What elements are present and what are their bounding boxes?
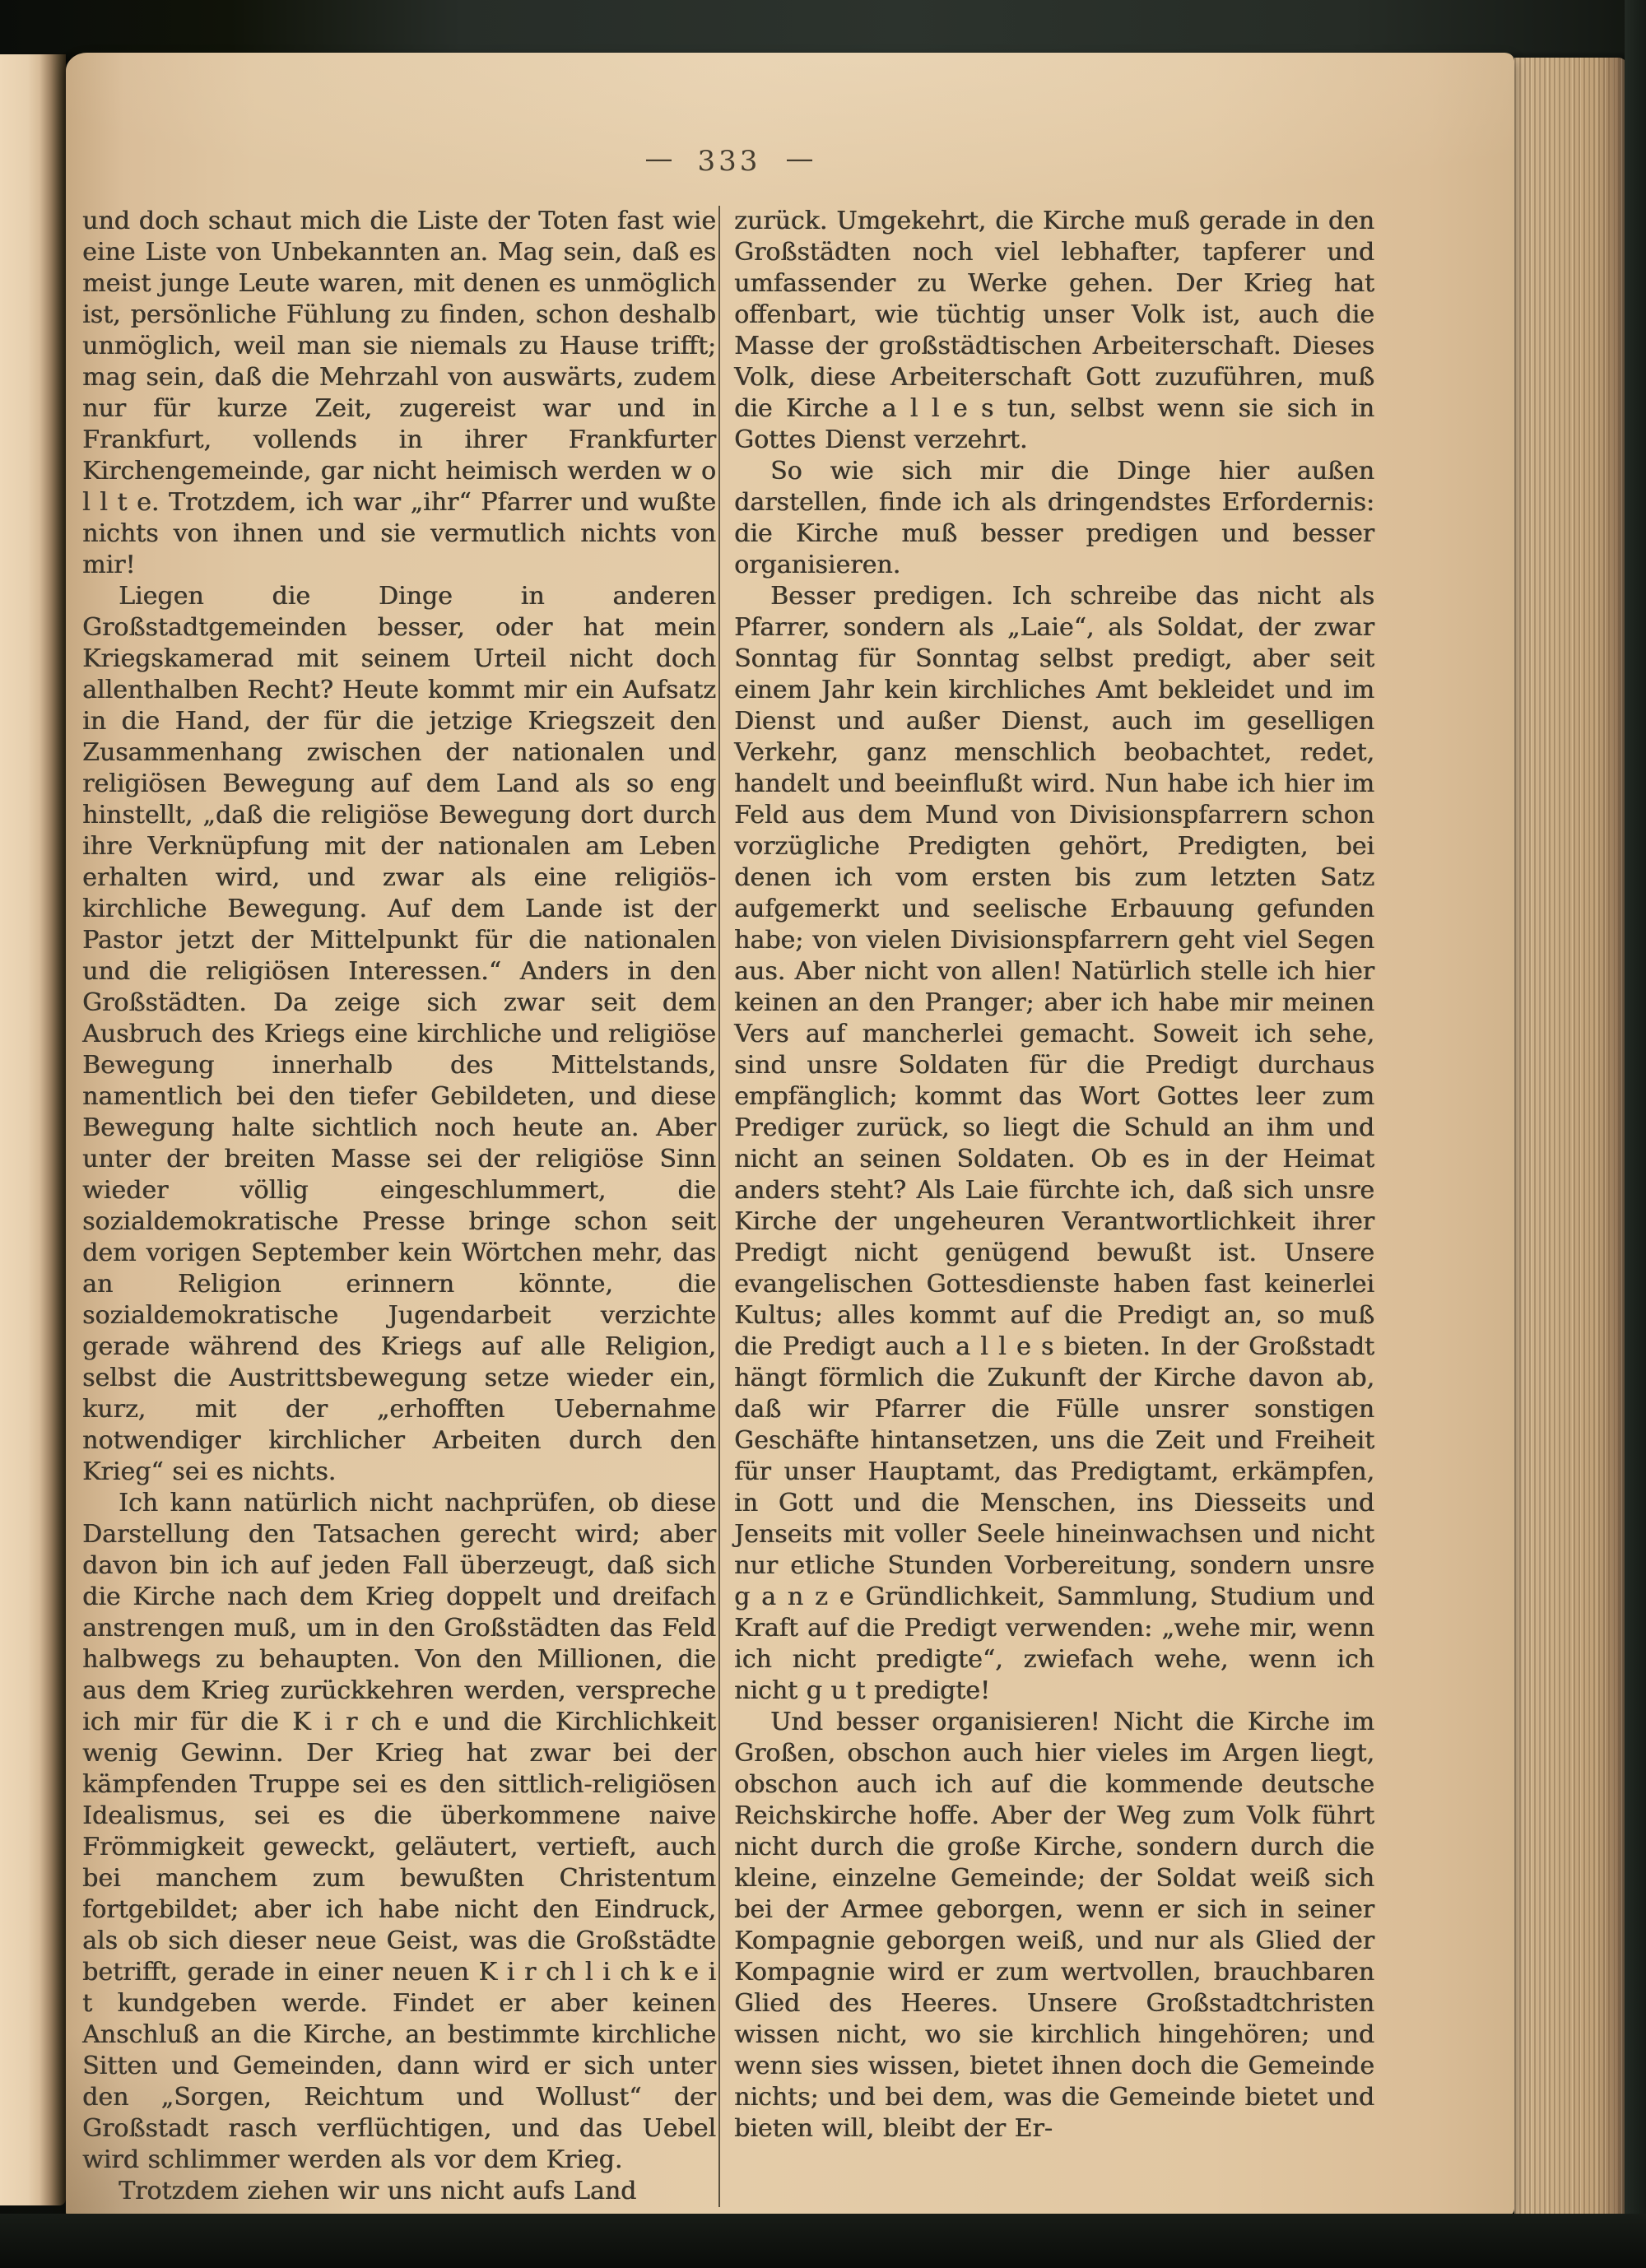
book-cover-right (1625, 0, 1646, 2268)
paragraph: Ich kann natürlich nicht nachprüfen, ob … (82, 1488, 716, 2176)
paragraph: zurück. Umgekehrt, die Kirche muß gerade… (734, 206, 1374, 456)
paragraph: Trotzdem ziehen wir uns nicht aufs Land (82, 2176, 716, 2207)
column-divider-rule (718, 206, 720, 2207)
paragraph: Besser predigen. Ich schreibe das nicht … (734, 581, 1374, 1707)
paragraph: Liegen die Dinge in anderen Großstadtgem… (82, 581, 716, 1488)
header-dash-right: — (785, 142, 813, 175)
paragraph: und doch schaut mich die Liste der Toten… (82, 206, 716, 581)
paragraph: Und besser organisieren! Nicht die Kirch… (734, 1707, 1374, 2145)
previous-page-edge (0, 54, 66, 2205)
right-column: zurück. Umgekehrt, die Kirche muß gerade… (734, 206, 1374, 2207)
scanned-book-page-photo: —333— und doch schaut mich die Liste der… (0, 0, 1646, 2268)
book-page: —333— und doch schaut mich die Liste der… (66, 53, 1514, 2217)
page-stack-fore-edge (1514, 58, 1628, 2215)
book-cover-bottom (0, 2214, 1646, 2268)
page-header: —333— (82, 145, 1376, 178)
left-column: und doch schaut mich die Liste der Toten… (82, 206, 716, 2207)
text-columns: und doch schaut mich die Liste der Toten… (82, 206, 1376, 2207)
paragraph: So wie sich mir die Dinge hier außen dar… (734, 456, 1374, 581)
header-dash-left: — (645, 142, 673, 175)
page-number: 333 (698, 145, 761, 178)
